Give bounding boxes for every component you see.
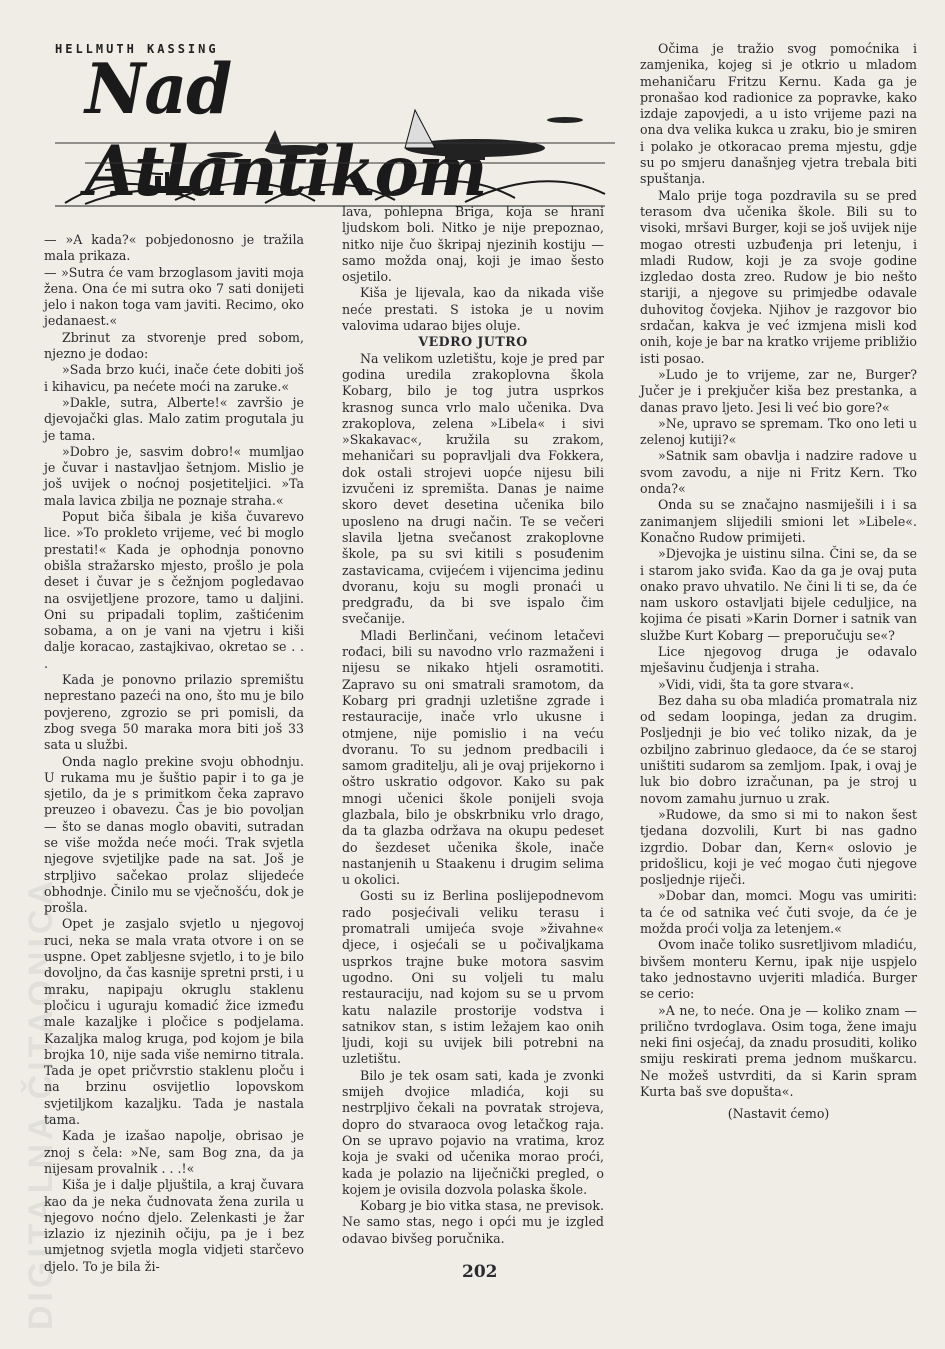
paragraph: Ovom inače toliko susretljivom mladiću, … xyxy=(640,937,917,1002)
section-heading: VEDRO JUTRO xyxy=(342,334,604,350)
paragraph: Kobarg je bio vitka stasa, ne previsok. … xyxy=(342,1198,604,1247)
paragraph: »Ne, upravo se spremam. Tko ono leti u z… xyxy=(640,416,917,449)
paragraph: »Dobar dan, momci. Mogu vas umiriti: ta … xyxy=(640,888,917,937)
paragraph: »Ludo je to vrijeme, zar ne, Burger? Juč… xyxy=(640,367,917,416)
paragraph: Malo prije toga pozdravila su se pred te… xyxy=(640,188,917,367)
paragraph: Onda su se značajno nasmiješili i i sa z… xyxy=(640,497,917,546)
text-column-2: lava, pohlepna Briga, koja se hrani ljud… xyxy=(342,204,604,1247)
paragraph: Bez daha su oba mladića promatrala niz o… xyxy=(640,693,917,807)
paragraph: »Sada brzo kući, inače ćete dobiti još i… xyxy=(44,362,304,395)
paragraph: Kiša je lijevala, kao da nikada više neć… xyxy=(342,285,604,334)
paragraph: — »A kada?« pobjedonosno je tražila mala… xyxy=(44,232,304,265)
paragraph: Poput biča šibala je kiša čuvarevo lice.… xyxy=(44,509,304,672)
text-column-3: Očima je tražio svog pomoćnika i zamjeni… xyxy=(640,41,917,1123)
paragraph: Kada je ponovno prilazio spremištu nepre… xyxy=(44,672,304,753)
paragraph: Očima je tražio svog pomoćnika i zamjeni… xyxy=(640,41,917,188)
paragraph: »A ne, to neće. Ona je — koliko znam — p… xyxy=(640,1003,917,1101)
paragraph: »Dakle, sutra, Alberte!« završio je djev… xyxy=(44,395,304,444)
text-column-1: — »A kada?« pobjedonosno je tražila mala… xyxy=(44,232,304,1275)
paragraph: »Djevojka je uistinu silna. Čini se, da … xyxy=(640,546,917,644)
paragraph: Kada je izašao napolje, obrisao je znoj … xyxy=(44,1128,304,1177)
paragraph: Onda naglo prekine svoju obhodnju. U ruk… xyxy=(44,754,304,917)
paragraph: »Vidi, vidi, šta ta gore stvara«. xyxy=(640,677,917,693)
magazine-page: DIGITALNA ČITAONICA HELLMUTH KASSING Nad… xyxy=(0,0,945,1349)
paragraph: »Dobro je, sasvim dobro!« mumljao je čuv… xyxy=(44,444,304,509)
paragraph: Kiša je i dalje pljuštila, a kraj čuvara… xyxy=(44,1177,304,1275)
page-number: 202 xyxy=(462,1262,498,1282)
paragraph: Mladi Berlinčani, većinom letačevi rođac… xyxy=(342,628,604,889)
paragraph: Na velikom uzletištu, koje je pred par g… xyxy=(342,351,604,628)
paragraph: »Satnik sam obavlja i nadzire radove u s… xyxy=(640,448,917,497)
airplanes-over-sea-illustration xyxy=(45,108,615,208)
paragraph: Zbrinut za stvorenje pred sobom, njezno … xyxy=(44,330,304,363)
paragraph: Bilo je tek osam sati, kada je zvonki sm… xyxy=(342,1068,604,1198)
paragraph: Lice njegovog druga je odavalo mješavinu… xyxy=(640,644,917,677)
story-header: HELLMUTH KASSING Nad Atlantikom xyxy=(45,38,615,208)
paragraph: Opet je zasjalo svjetlo u njegovoj ruci,… xyxy=(44,916,304,1128)
paragraph: »Rudowe, da smo si mi to nakon šest tjed… xyxy=(640,807,917,888)
to-be-continued: (Nastavit ćemo) xyxy=(640,1106,917,1122)
paragraph: lava, pohlepna Briga, koja se hrani ljud… xyxy=(342,204,604,285)
paragraph: Gosti su iz Berlina poslijepodnevom rado… xyxy=(342,888,604,1067)
paragraph: — »Sutra će vam brzoglasom javiti moja ž… xyxy=(44,265,304,330)
